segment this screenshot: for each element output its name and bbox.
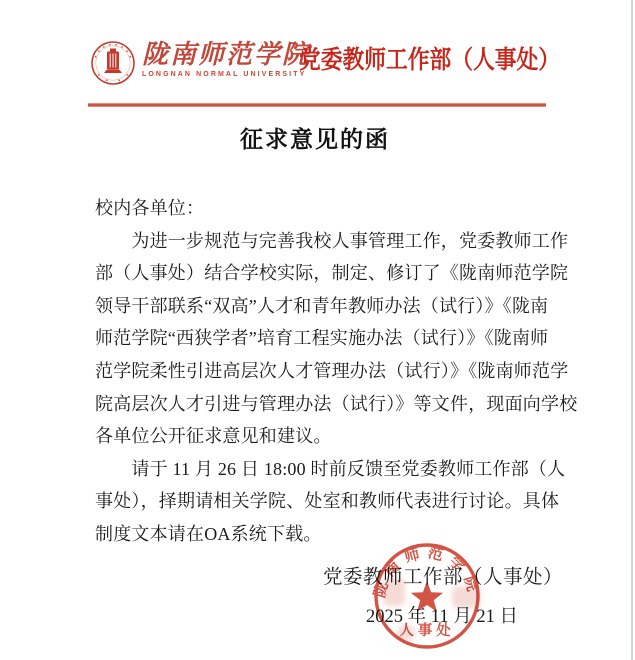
body-line: 事处），择期请相关学院、处室和教师代表进行讨论。具体 (95, 485, 563, 518)
body-line: 为进一步规范与完善我校人事管理工作，党委教师工作 (95, 225, 563, 258)
body-line: 制度文本请在OA系统下载。 (95, 518, 563, 551)
body-line: 各单位公开征求意见和建议。 (95, 420, 563, 453)
body-line: 领导干部联系“双高”人才和青年教师办法（试行）》《陇南 (95, 290, 563, 323)
letter-body: 校内各单位： 为进一步规范与完善我校人事管理工作，党委教师工作 部（人事处）结合… (95, 192, 563, 551)
body-line: 部（人事处）结合学校实际，制定、修订了《陇南师范学院 (95, 257, 563, 290)
page-edge-line (631, 0, 633, 660)
body-line: 师范学院“西狭学者”培育工程实施办法（试行）》《陇南师 (95, 322, 563, 355)
body-line: 校内各单位： (95, 192, 563, 225)
university-emblem-icon (90, 40, 136, 86)
document-title: 征求意见的函 (85, 121, 545, 154)
signature-department: 党委教师工作部（人事处） (0, 561, 563, 589)
header-divider-line (88, 103, 546, 107)
university-name-block: 陇南师范学院 LONGNAN NORMAL UNIVERSITY (142, 42, 312, 78)
university-name-english: LONGNAN NORMAL UNIVERSITY (142, 71, 312, 78)
university-name: 陇南师范学院 (142, 42, 312, 69)
scanned-letter-page: 陇南师范学院 LONGNAN NORMAL UNIVERSITY 党委教师工作部… (0, 0, 635, 660)
body-line: 院高层次人才引进与管理办法（试行）》等文件，现面向学校 (95, 388, 563, 421)
department-title: 党委教师工作部（人事处） (299, 40, 560, 76)
signature-date: 2025 年 11 月 21 日 (0, 602, 518, 628)
body-line: 范学院柔性引进高层次人才管理办法（试行）》《陇南师范学 (95, 355, 563, 388)
body-line: 请于 11 月 26 日 18:00 时前反馈至党委教师工作部（人 (95, 453, 563, 486)
